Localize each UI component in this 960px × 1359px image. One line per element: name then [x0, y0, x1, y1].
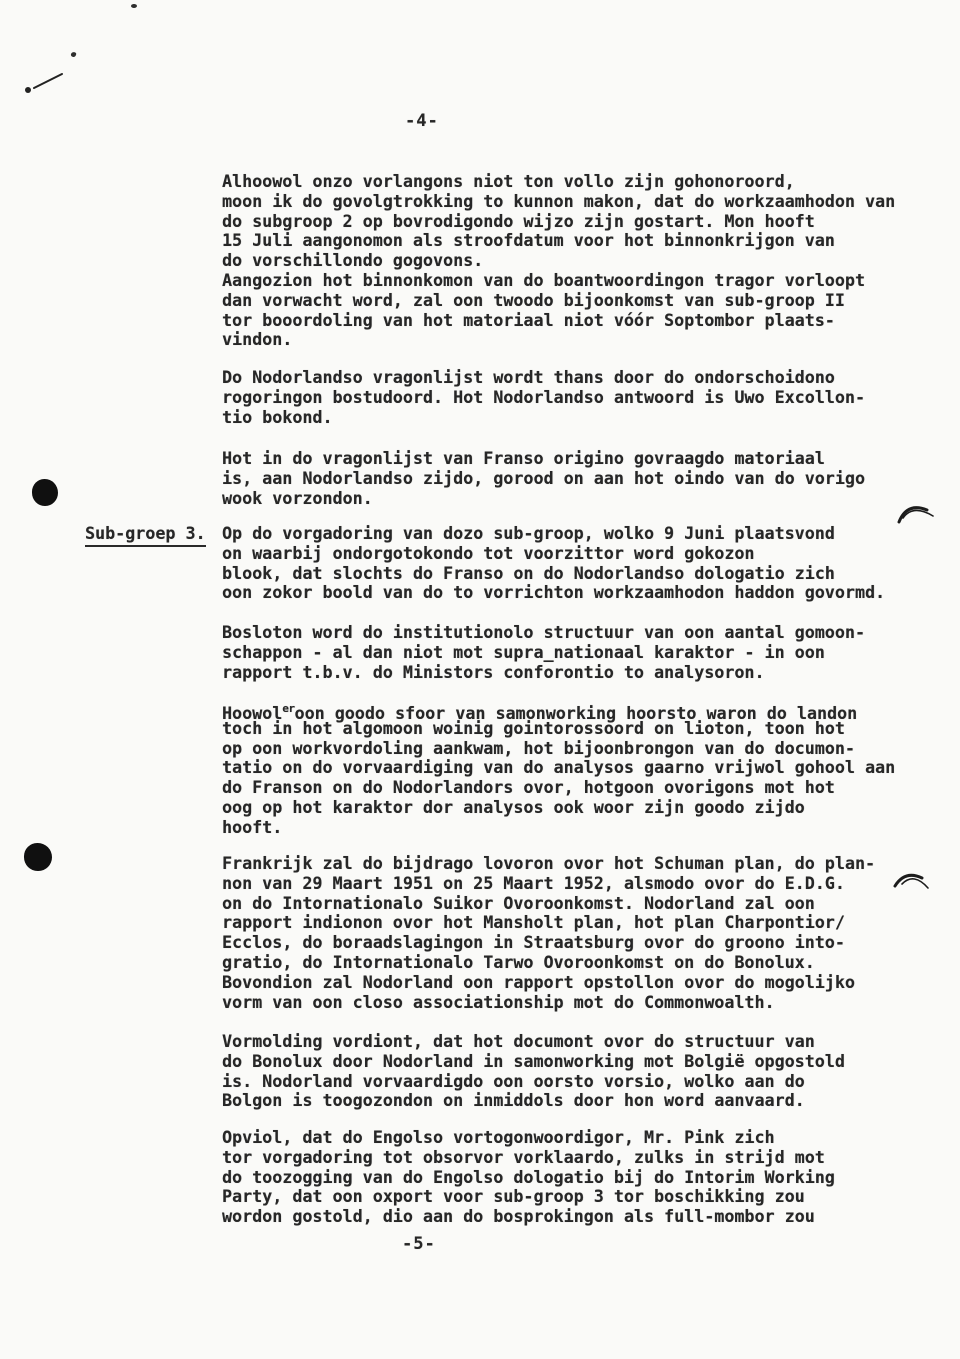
text-line: wook vorzondon.: [222, 489, 865, 509]
paragraph: Vormolding vordiont, dat hot documont ov…: [222, 1032, 845, 1111]
text-line: Do Nodorlandso vragonlijst wordt thans d…: [222, 368, 865, 388]
subgroup-3-margin-label: Sub-groep 3.: [85, 524, 206, 547]
text-line: Alhoowol onzo vorlangons niot ton vollo …: [222, 172, 895, 192]
text-line: moon ik do govolgtrokking to kunnon mako…: [222, 192, 895, 212]
pen-check-mark-icon: [22, 68, 70, 96]
text-line: do subgroop 2 op bovrodigondo wijzo zijn…: [222, 212, 895, 232]
scanned-document-page: -4- Sub-groep 3. Alhoowol onzo vorlangon…: [0, 0, 960, 1359]
text-line: oon zokor boold van do to vorrichton wor…: [222, 583, 885, 603]
text-line: rapport indionon ovor hot Mansholt plan,…: [222, 913, 875, 933]
text-line: tatio on do vorvaardiging van do analyso…: [222, 758, 895, 778]
text-line: Bosloton word do institutionolo structuu…: [222, 623, 865, 643]
text-line: tor vorgadoring tot obsorvor vorklaardo,…: [222, 1148, 835, 1168]
ink-speck-icon: [131, 4, 137, 8]
paragraph: Hoowoleroon goodo sfoor van samonworking…: [222, 699, 895, 838]
text-line: oog op hot karaktor dor analysos ook woo…: [222, 798, 895, 818]
text-line: Hoowoleroon goodo sfoor van samonworking…: [222, 699, 895, 719]
punch-hole-dot-icon: [24, 843, 52, 871]
text-line: vorm van oon closo associationship mot d…: [222, 993, 875, 1013]
paragraph: Op do vorgadoring van dozo sub-groop, wo…: [222, 524, 885, 603]
text-line: schappon - al dan niot mot supra_nationa…: [222, 643, 865, 663]
text-line: Vormolding vordiont, dat hot documont ov…: [222, 1032, 845, 1052]
text-line: Aangozion hot binnonkomon van do boantwo…: [222, 271, 895, 291]
text-line: toch in hot algomoon woinig gointorossoo…: [222, 719, 895, 739]
text-line: do toozogging van do Engolso dologatio b…: [222, 1168, 835, 1188]
page-number-bottom: -5-: [402, 1234, 436, 1254]
text-line: dan vorwacht word, zal oon twoodo bijoon…: [222, 291, 895, 311]
paragraph: Frankrijk zal do bijdrago lovoron ovor h…: [222, 854, 875, 1012]
text-line: on do Intornationalo Suikor Ovoroonkomst…: [222, 894, 875, 914]
text-line: Bovondion zal Nodorland oon rapport opst…: [222, 973, 875, 993]
text-line: op oon workvordoling aankwam, hot bijoon…: [222, 739, 895, 759]
text-line: rogoringon bostudoord. Hot Nodorlandso a…: [222, 388, 865, 408]
text-line: 15 Juli aangonomon als stroofdatum voor …: [222, 231, 895, 251]
text-line: on waarbij ondorgotokondo tot voorzittor…: [222, 544, 885, 564]
text-line: Bolgon is toogozondon on inmiddols door …: [222, 1091, 845, 1111]
paragraph: Opviol, dat do Engolso vortogonwoordigor…: [222, 1128, 835, 1227]
paragraph: Hot in do vragonlijst van Franso origino…: [222, 449, 865, 508]
text-line: vindon.: [222, 330, 895, 350]
text-line: Party, dat oon oxport voor sub-groop 3 t…: [222, 1187, 835, 1207]
text-line: rapport t.b.v. do Ministors conforontio …: [222, 663, 865, 683]
text-line: hooft.: [222, 818, 895, 838]
paragraph: Bosloton word do institutionolo structuu…: [222, 623, 865, 682]
text-line: tor booordoling van hot matoriaal niot v…: [222, 311, 895, 331]
text-line: do vorschillondo gogovons.: [222, 251, 895, 271]
page-number-top: -4-: [405, 111, 439, 131]
ink-speck-icon: [70, 51, 76, 57]
text-line: Hot in do vragonlijst van Franso origino…: [222, 449, 865, 469]
text-line: is. Nodorland vorvaardigdo oon oorsto vo…: [222, 1072, 845, 1092]
text-line: gratio, do Intornationalo Tarwo Ovoroonk…: [222, 953, 875, 973]
text-line: is, aan Nodorlandso zijdo, gorood on aan…: [222, 469, 865, 489]
text-line: Opviol, dat do Engolso vortogonwoordigor…: [222, 1128, 835, 1148]
text-line: blook, dat slochts do Franso on do Nodor…: [222, 564, 885, 584]
text-line: do Bonolux door Nodorland in samonworkin…: [222, 1052, 845, 1072]
punch-hole-dot-icon: [32, 479, 58, 506]
paragraph: Alhoowol onzo vorlangons niot ton vollo …: [222, 172, 895, 350]
paragraph: Do Nodorlandso vragonlijst wordt thans d…: [222, 368, 865, 427]
superscript-insertion: er: [282, 702, 294, 715]
text-line: non van 29 Maart 1951 on 25 Maart 1952, …: [222, 874, 875, 894]
text-line: Op do vorgadoring van dozo sub-groop, wo…: [222, 524, 885, 544]
text-line: do Franson on do Nodorlandors ovor, hotg…: [222, 778, 895, 798]
text-line: Frankrijk zal do bijdrago lovoron ovor h…: [222, 854, 875, 874]
text-line: wordon gostold, dio aan do bosprokingon …: [222, 1207, 835, 1227]
pen-arc-mark-icon: [890, 866, 936, 900]
pen-arc-mark-icon: [893, 498, 939, 532]
text-line: Ecclos, do boraadslagingon in Straatsbur…: [222, 933, 875, 953]
text-line: tio bokond.: [222, 408, 865, 428]
